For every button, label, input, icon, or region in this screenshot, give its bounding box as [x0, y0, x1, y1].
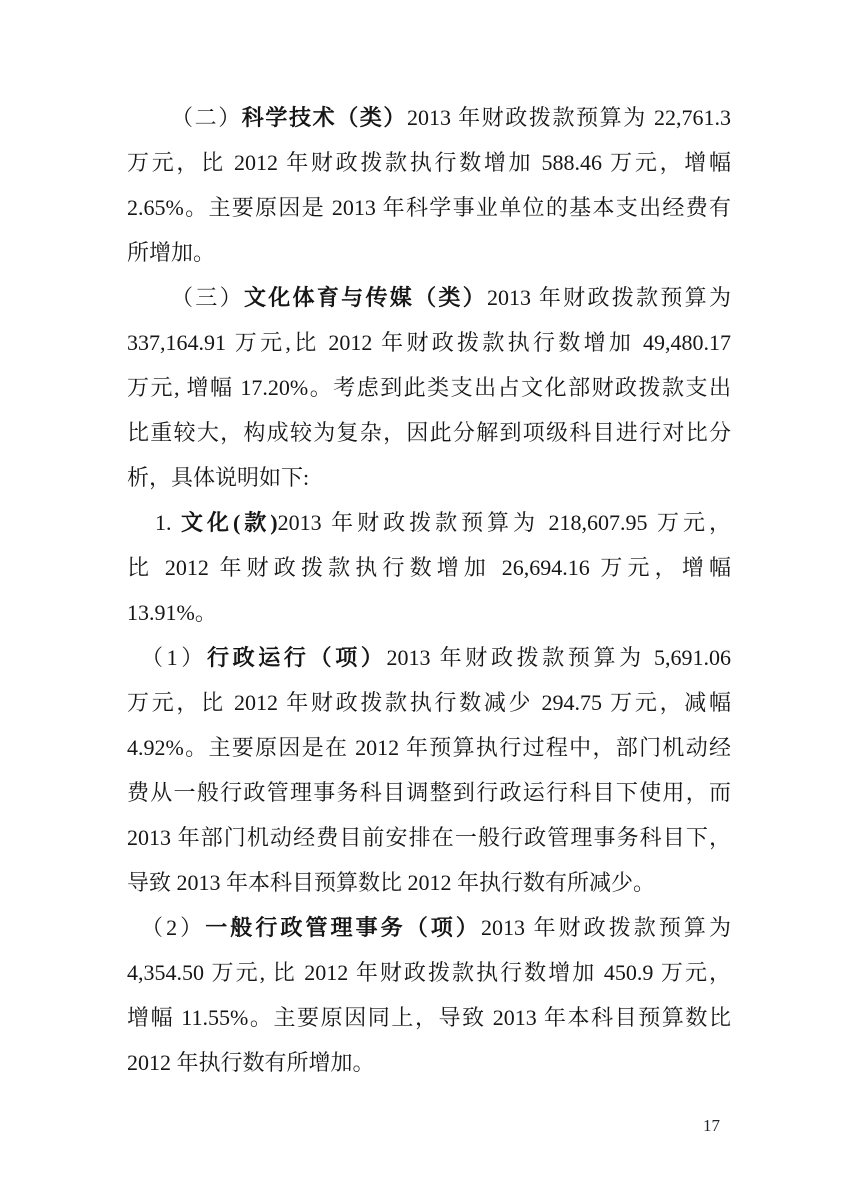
page-number: 17 [703, 1114, 720, 1138]
text-line: （二）科学技术（类）2013 年财政拨款预算为 22,761.3 [127, 95, 731, 140]
text-line: 析，具体说明如下: [127, 455, 731, 500]
paragraph-marker: （二） [171, 105, 242, 130]
text-line: （1）行政运行（项）2013 年财政拨款预算为 5,691.06 [127, 635, 731, 680]
text-line: 337,164.91 万元,比 2012 年财政拨款执行数增加 49,480.1… [127, 320, 731, 365]
paragraph-marker: （2） [141, 915, 205, 940]
text-line: 增幅 11.55%。主要原因同上，导致 2013 年本科目预算数比 [127, 995, 731, 1040]
paragraph-heading: 科学技术（类） [242, 105, 407, 130]
paragraph-culture-item: 1. 文化(款)2013 年财政拨款预算为 218,607.95 万元， 比 2… [127, 500, 731, 635]
paragraph-admin-operation: （1）行政运行（项）2013 年财政拨款预算为 5,691.06 万元，比 20… [127, 635, 731, 905]
text-line: 比重较大，构成较为复杂，因此分解到项级科目进行对比分 [127, 410, 731, 455]
text-line: 4.92%。主要原因是在 2012 年预算执行过程中，部门机动经 [127, 725, 731, 770]
text-line: 万元，比 2012 年财政拨款执行数增加 588.46 万元，增幅 [127, 140, 731, 185]
paragraph-heading: 一般行政管理事务（项） [205, 915, 481, 940]
text-line: 费从一般行政管理事务科目调整到行政运行科目下使用，而 [127, 770, 731, 815]
paragraph-text: 2013 年财政拨款预算为 [487, 285, 731, 310]
document-body: （二）科学技术（类）2013 年财政拨款预算为 22,761.3 万元，比 20… [127, 95, 731, 1085]
paragraph-general-admin-affairs: （2）一般行政管理事务（项）2013 年财政拨款预算为 4,354.50 万元,… [127, 905, 731, 1085]
paragraph-heading: 行政运行（项） [207, 645, 387, 670]
paragraph-marker: （三） [171, 285, 244, 310]
text-line: 2013 年部门机动经费目前安排在一般行政管理事务科目下， [127, 815, 731, 860]
document-page: （二）科学技术（类）2013 年财政拨款预算为 22,761.3 万元，比 20… [0, 0, 846, 1203]
text-line: 1. 文化(款)2013 年财政拨款预算为 218,607.95 万元， [127, 500, 731, 545]
paragraph-text: 2013 年财政拨款预算为 218,607.95 万元， [278, 510, 731, 535]
paragraph-heading: 文化体育与传媒（类） [244, 285, 487, 310]
paragraph-heading: 文化(款) [181, 510, 278, 535]
text-line: 13.91%。 [127, 590, 731, 635]
text-line: （2）一般行政管理事务（项）2013 年财政拨款预算为 [127, 905, 731, 950]
text-line: 2.65%。主要原因是 2013 年科学事业单位的基本支出经费有 [127, 185, 731, 230]
text-line: 2012 年执行数有所增加。 [127, 1040, 731, 1085]
paragraph-marker: 1. [155, 510, 181, 535]
text-line: （三）文化体育与传媒（类）2013 年财政拨款预算为 [127, 275, 731, 320]
paragraph-text: 2013 年财政拨款预算为 22,761.3 [407, 105, 731, 130]
text-line: 导致 2013 年本科目预算数比 2012 年执行数有所减少。 [127, 860, 731, 905]
paragraph-marker: （1） [141, 645, 207, 670]
paragraph-text: 2013 年财政拨款预算为 5,691.06 [387, 645, 731, 670]
text-line: 万元，比 2012 年财政拨款执行数减少 294.75 万元，减幅 [127, 680, 731, 725]
paragraph-text: 2013 年财政拨款预算为 [481, 915, 731, 940]
text-line: 比 2012 年财政拨款执行数增加 26,694.16 万元，增幅 [127, 545, 731, 590]
text-line: 万元, 增幅 17.20%。考虑到此类支出占文化部财政拨款支出 [127, 365, 731, 410]
paragraph-science-tech: （二）科学技术（类）2013 年财政拨款预算为 22,761.3 万元，比 20… [127, 95, 731, 275]
paragraph-culture-sport-media: （三）文化体育与传媒（类）2013 年财政拨款预算为 337,164.91 万元… [127, 275, 731, 500]
text-line: 所增加。 [127, 230, 731, 275]
text-line: 4,354.50 万元, 比 2012 年财政拨款执行数增加 450.9 万元， [127, 950, 731, 995]
